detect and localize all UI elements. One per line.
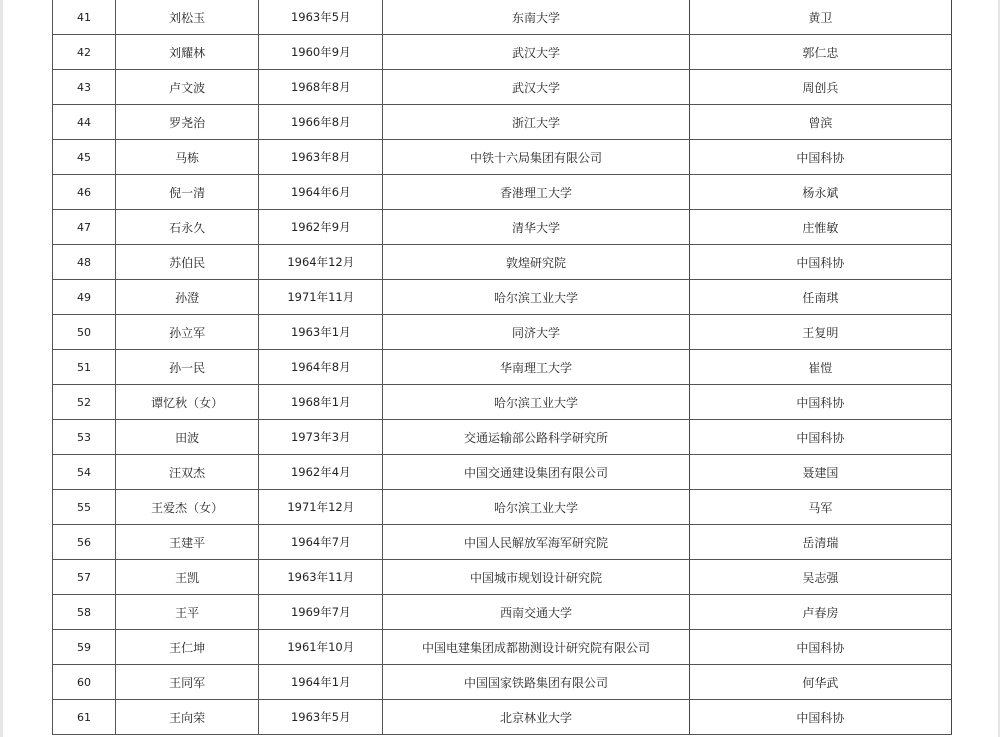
cell-organization: 北京林业大学 xyxy=(383,700,689,735)
cell-nominator: 中国科协 xyxy=(689,140,951,175)
cell-nominator: 王复明 xyxy=(689,315,951,350)
cell-nominator: 聂建国 xyxy=(689,455,951,490)
cell-organization: 清华大学 xyxy=(383,210,689,245)
cell-birth-date: 1961年10月 xyxy=(259,630,383,665)
table-row: 58 王平 1969年7月 西南交通大学 卢春房 xyxy=(53,595,952,630)
cell-organization: 香港理工大学 xyxy=(383,175,689,210)
cell-nominator: 郭仁忠 xyxy=(689,35,951,70)
cell-organization: 中国电建集团成都勘测设计研究院有限公司 xyxy=(383,630,689,665)
table-row: 57 王凯 1963年11月 中国城市规划设计研究院 吴志强 xyxy=(53,560,952,595)
cell-nominator: 杨永斌 xyxy=(689,175,951,210)
cell-nominator: 中国科协 xyxy=(689,630,951,665)
table-row: 48 苏伯民 1964年12月 敦煌研究院 中国科协 xyxy=(53,245,952,280)
cell-birth-date: 1963年1月 xyxy=(259,315,383,350)
cell-birth-date: 1960年9月 xyxy=(259,35,383,70)
cell-birth-date: 1964年7月 xyxy=(259,525,383,560)
cell-organization: 哈尔滨工业大学 xyxy=(383,280,689,315)
cell-name: 王仁坤 xyxy=(116,630,259,665)
cell-nominator: 岳清瑞 xyxy=(689,525,951,560)
cell-name: 卢文波 xyxy=(116,70,259,105)
cell-birth-date: 1963年5月 xyxy=(259,0,383,35)
cell-name: 王建平 xyxy=(116,525,259,560)
cell-organization: 中国人民解放军海军研究院 xyxy=(383,525,689,560)
cell-organization: 同济大学 xyxy=(383,315,689,350)
cell-number: 55 xyxy=(53,490,116,525)
table-row: 50 孙立军 1963年1月 同济大学 王复明 xyxy=(53,315,952,350)
cell-number: 59 xyxy=(53,630,116,665)
cell-name: 倪一清 xyxy=(116,175,259,210)
cell-birth-date: 1962年4月 xyxy=(259,455,383,490)
cell-birth-date: 1964年12月 xyxy=(259,245,383,280)
cell-organization: 中国国家铁路集团有限公司 xyxy=(383,665,689,700)
table-row: 45 马栋 1963年8月 中铁十六局集团有限公司 中国科协 xyxy=(53,140,952,175)
cell-nominator: 曾滨 xyxy=(689,105,951,140)
cell-name: 孙澄 xyxy=(116,280,259,315)
cell-number: 47 xyxy=(53,210,116,245)
cell-birth-date: 1966年8月 xyxy=(259,105,383,140)
cell-nominator: 卢春房 xyxy=(689,595,951,630)
document-page: 41 刘松玉 1963年5月 东南大学 黄卫 42 刘耀林 1960年9月 武汉… xyxy=(0,0,1000,737)
table-row: 46 倪一清 1964年6月 香港理工大学 杨永斌 xyxy=(53,175,952,210)
table-row: 42 刘耀林 1960年9月 武汉大学 郭仁忠 xyxy=(53,35,952,70)
cell-nominator: 中国科协 xyxy=(689,700,951,735)
cell-name: 王同军 xyxy=(116,665,259,700)
cell-birth-date: 1963年8月 xyxy=(259,140,383,175)
cell-organization: 武汉大学 xyxy=(383,35,689,70)
cell-number: 44 xyxy=(53,105,116,140)
cell-name: 孙一民 xyxy=(116,350,259,385)
cell-number: 56 xyxy=(53,525,116,560)
table-row: 43 卢文波 1968年8月 武汉大学 周创兵 xyxy=(53,70,952,105)
cell-birth-date: 1971年12月 xyxy=(259,490,383,525)
cell-number: 50 xyxy=(53,315,116,350)
cell-birth-date: 1969年7月 xyxy=(259,595,383,630)
cell-name: 罗尧治 xyxy=(116,105,259,140)
table-row: 54 汪双杰 1962年4月 中国交通建设集团有限公司 聂建国 xyxy=(53,455,952,490)
table-row: 60 王同军 1964年1月 中国国家铁路集团有限公司 何华武 xyxy=(53,665,952,700)
cell-name: 马栋 xyxy=(116,140,259,175)
cell-organization: 东南大学 xyxy=(383,0,689,35)
cell-organization: 中国城市规划设计研究院 xyxy=(383,560,689,595)
cell-nominator: 黄卫 xyxy=(689,0,951,35)
cell-number: 46 xyxy=(53,175,116,210)
table-row: 53 田波 1973年3月 交通运输部公路科学研究所 中国科协 xyxy=(53,420,952,455)
cell-name: 刘耀林 xyxy=(116,35,259,70)
cell-number: 53 xyxy=(53,420,116,455)
cell-number: 51 xyxy=(53,350,116,385)
cell-organization: 中国交通建设集团有限公司 xyxy=(383,455,689,490)
cell-birth-date: 1968年1月 xyxy=(259,385,383,420)
table-row: 49 孙澄 1971年11月 哈尔滨工业大学 任南琪 xyxy=(53,280,952,315)
table-row: 52 谭忆秋（女） 1968年1月 哈尔滨工业大学 中国科协 xyxy=(53,385,952,420)
cell-organization: 浙江大学 xyxy=(383,105,689,140)
cell-number: 41 xyxy=(53,0,116,35)
cell-nominator: 周创兵 xyxy=(689,70,951,105)
candidate-table-body: 41 刘松玉 1963年5月 东南大学 黄卫 42 刘耀林 1960年9月 武汉… xyxy=(53,0,952,735)
candidate-table-container: 41 刘松玉 1963年5月 东南大学 黄卫 42 刘耀林 1960年9月 武汉… xyxy=(52,0,952,735)
cell-nominator: 崔愷 xyxy=(689,350,951,385)
table-row: 51 孙一民 1964年8月 华南理工大学 崔愷 xyxy=(53,350,952,385)
cell-organization: 武汉大学 xyxy=(383,70,689,105)
cell-nominator: 中国科协 xyxy=(689,245,951,280)
cell-name: 汪双杰 xyxy=(116,455,259,490)
table-row: 56 王建平 1964年7月 中国人民解放军海军研究院 岳清瑞 xyxy=(53,525,952,560)
cell-organization: 中铁十六局集团有限公司 xyxy=(383,140,689,175)
cell-nominator: 任南琪 xyxy=(689,280,951,315)
table-row: 44 罗尧治 1966年8月 浙江大学 曾滨 xyxy=(53,105,952,140)
cell-birth-date: 1964年8月 xyxy=(259,350,383,385)
cell-number: 43 xyxy=(53,70,116,105)
cell-nominator: 何华武 xyxy=(689,665,951,700)
candidate-table: 41 刘松玉 1963年5月 东南大学 黄卫 42 刘耀林 1960年9月 武汉… xyxy=(52,0,952,735)
cell-organization: 交通运输部公路科学研究所 xyxy=(383,420,689,455)
cell-organization: 华南理工大学 xyxy=(383,350,689,385)
cell-organization: 哈尔滨工业大学 xyxy=(383,385,689,420)
cell-birth-date: 1963年11月 xyxy=(259,560,383,595)
table-row: 41 刘松玉 1963年5月 东南大学 黄卫 xyxy=(53,0,952,35)
cell-organization: 敦煌研究院 xyxy=(383,245,689,280)
table-row: 55 王爱杰（女） 1971年12月 哈尔滨工业大学 马军 xyxy=(53,490,952,525)
cell-nominator: 中国科协 xyxy=(689,385,951,420)
cell-nominator: 庄惟敏 xyxy=(689,210,951,245)
cell-birth-date: 1964年1月 xyxy=(259,665,383,700)
cell-number: 57 xyxy=(53,560,116,595)
cell-birth-date: 1973年3月 xyxy=(259,420,383,455)
cell-name: 孙立军 xyxy=(116,315,259,350)
cell-nominator: 中国科协 xyxy=(689,420,951,455)
cell-birth-date: 1962年9月 xyxy=(259,210,383,245)
cell-nominator: 马军 xyxy=(689,490,951,525)
cell-number: 45 xyxy=(53,140,116,175)
cell-number: 42 xyxy=(53,35,116,70)
cell-organization: 西南交通大学 xyxy=(383,595,689,630)
cell-nominator: 吴志强 xyxy=(689,560,951,595)
cell-name: 王向荣 xyxy=(116,700,259,735)
cell-name: 王平 xyxy=(116,595,259,630)
cell-name: 田波 xyxy=(116,420,259,455)
cell-number: 60 xyxy=(53,665,116,700)
cell-number: 52 xyxy=(53,385,116,420)
cell-name: 刘松玉 xyxy=(116,0,259,35)
cell-number: 61 xyxy=(53,700,116,735)
cell-birth-date: 1968年8月 xyxy=(259,70,383,105)
table-row: 47 石永久 1962年9月 清华大学 庄惟敏 xyxy=(53,210,952,245)
cell-name: 王凯 xyxy=(116,560,259,595)
cell-birth-date: 1971年11月 xyxy=(259,280,383,315)
table-row: 59 王仁坤 1961年10月 中国电建集团成都勘测设计研究院有限公司 中国科协 xyxy=(53,630,952,665)
table-row: 61 王向荣 1963年5月 北京林业大学 中国科协 xyxy=(53,700,952,735)
page-left-edge xyxy=(0,0,3,737)
cell-name: 王爱杰（女） xyxy=(116,490,259,525)
cell-birth-date: 1963年5月 xyxy=(259,700,383,735)
cell-number: 54 xyxy=(53,455,116,490)
cell-number: 48 xyxy=(53,245,116,280)
cell-name: 苏伯民 xyxy=(116,245,259,280)
cell-number: 49 xyxy=(53,280,116,315)
cell-name: 谭忆秋（女） xyxy=(116,385,259,420)
cell-birth-date: 1964年6月 xyxy=(259,175,383,210)
cell-organization: 哈尔滨工业大学 xyxy=(383,490,689,525)
cell-number: 58 xyxy=(53,595,116,630)
cell-name: 石永久 xyxy=(116,210,259,245)
